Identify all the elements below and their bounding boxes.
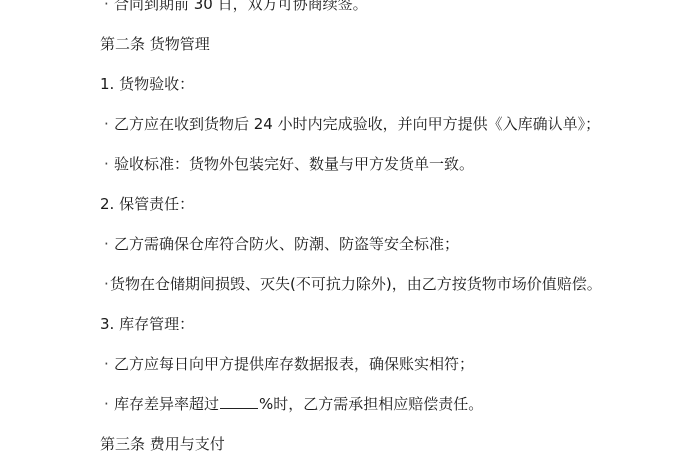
section-heading-article-2: 第二条 货物管理 (100, 32, 210, 56)
bullet-dot: · (104, 352, 114, 376)
bullet-discrepancy-rate: ·库存差异率超过%时，乙方需承担相应赔偿责任。 (104, 392, 483, 416)
bullet-dot: · (104, 0, 114, 16)
subheading-custody-responsibility: 2. 保管责任： (100, 192, 194, 216)
bullet-warehouse-safety: ·乙方需确保仓库符合防火、防潮、防盗等安全标准； (104, 232, 459, 256)
bullet-dot: · (104, 152, 114, 176)
fill-in-blank[interactable] (220, 393, 258, 409)
bullet-dot: · (104, 232, 114, 256)
bullet-inspection-standard: ·验收标准：货物外包装完好、数量与甲方发货单一致。 (104, 152, 474, 176)
bullet-dot: · (104, 112, 114, 136)
bullet-damage-compensation: ·货物在仓储期间损毁、灭失(不可抗力除外)，由乙方按货物市场价值赔偿。 (104, 272, 602, 296)
subheading-inventory-management: 3. 库存管理： (100, 312, 194, 336)
bullet-dot: · (104, 392, 114, 416)
section-heading-article-3: 第三条 费用与支付 (100, 432, 225, 456)
bullet-daily-report: ·乙方应每日向甲方提供库存数据报表，确保账实相符； (104, 352, 474, 376)
subheading-goods-inspection: 1. 货物验收： (100, 72, 194, 96)
bullet-inspection-24h: ·乙方应在收到货物后 24 小时内完成验收，并向甲方提供《入库确认单》； (104, 112, 600, 136)
bullet-renewal: ·合同到期前 30 日，双方可协商续签。 (104, 0, 368, 16)
